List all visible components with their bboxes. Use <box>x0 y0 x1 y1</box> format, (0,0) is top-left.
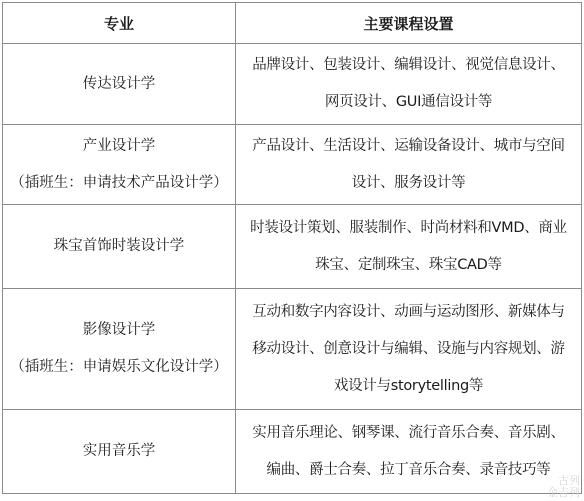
courses-cell: 实用音乐理论、钢琴课、流行音乐合奏、音乐剧、 编曲、爵士合奏、拉丁音乐合奏、录音… <box>236 410 582 494</box>
courses-cell: 品牌设计、包装设计、编辑设计、视觉信息设计、 网页设计、GUI通信设计等 <box>236 44 582 125</box>
courses-line: 珠宝、定制珠宝、珠宝CAD等 <box>242 247 575 284</box>
major-name: 影像设计学 <box>9 312 229 349</box>
courses-line: 品牌设计、包装设计、编辑设计、视觉信息设计、 <box>242 47 575 84</box>
major-note: （插班生：申请娱乐文化设计学） <box>9 349 229 386</box>
courses-cell: 互动和数字内容设计、动画与运动图形、新媒体与 移动设计、创意设计与编辑、设施与内… <box>236 289 582 410</box>
course-table: 专业 主要课程设置 传达设计学 品牌设计、包装设计、编辑设计、视觉信息设计、 网… <box>2 2 582 494</box>
table-row: 实用音乐学 实用音乐理论、钢琴课、流行音乐合奏、音乐剧、 编曲、爵士合奏、拉丁音… <box>3 410 582 494</box>
courses-cell: 时装设计策划、服装制作、时尚材料和VMD、商业 珠宝、定制珠宝、珠宝CAD等 <box>236 205 582 289</box>
header-major: 专业 <box>3 3 236 44</box>
courses-line: 互动和数字内容设计、动画与运动图形、新媒体与 <box>242 294 575 331</box>
courses-line: 戏设计与storytelling等 <box>242 368 575 405</box>
courses-line: 移动设计、创意设计与编辑、设施与内容规划、游 <box>242 331 575 368</box>
courses-line: 网页设计、GUI通信设计等 <box>242 84 575 121</box>
courses-line: 实用音乐理论、钢琴课、流行音乐合奏、音乐剧、 <box>242 415 575 452</box>
major-cell: 产业设计学 （插班生：申请技术产品设计学） <box>3 125 236 205</box>
major-name: 传达设计学 <box>9 66 229 103</box>
major-cell: 实用音乐学 <box>3 410 236 494</box>
major-note: （插班生：申请技术产品设计学） <box>9 165 229 202</box>
table-row: 产业设计学 （插班生：申请技术产品设计学） 产品设计、生活设计、运输设备设计、城… <box>3 125 582 205</box>
major-cell: 传达设计学 <box>3 44 236 125</box>
watermark-line: 金吉列 <box>547 487 580 499</box>
header-row: 专业 主要课程设置 <box>3 3 582 44</box>
table-row: 珠宝首饰时装设计学 时装设计策划、服装制作、时尚材料和VMD、商业 珠宝、定制珠… <box>3 205 582 289</box>
table-row: 传达设计学 品牌设计、包装设计、编辑设计、视觉信息设计、 网页设计、GUI通信设… <box>3 44 582 125</box>
watermark-logo: 古列 金吉列 <box>547 475 580 499</box>
major-name: 实用音乐学 <box>9 433 229 470</box>
courses-line: 产品设计、生活设计、运输设备设计、城市与空间 <box>242 128 575 165</box>
major-name: 珠宝首饰时装设计学 <box>9 228 229 265</box>
major-cell: 珠宝首饰时装设计学 <box>3 205 236 289</box>
table-row: 影像设计学 （插班生：申请娱乐文化设计学） 互动和数字内容设计、动画与运动图形、… <box>3 289 582 410</box>
major-name: 产业设计学 <box>9 128 229 165</box>
header-courses: 主要课程设置 <box>236 3 582 44</box>
courses-cell: 产品设计、生活设计、运输设备设计、城市与空间 设计、服务设计等 <box>236 125 582 205</box>
courses-line: 设计、服务设计等 <box>242 165 575 202</box>
courses-line: 时装设计策划、服装制作、时尚材料和VMD、商业 <box>242 210 575 247</box>
major-cell: 影像设计学 （插班生：申请娱乐文化设计学） <box>3 289 236 410</box>
courses-line: 编曲、爵士合奏、拉丁音乐合奏、录音技巧等 <box>242 452 575 489</box>
